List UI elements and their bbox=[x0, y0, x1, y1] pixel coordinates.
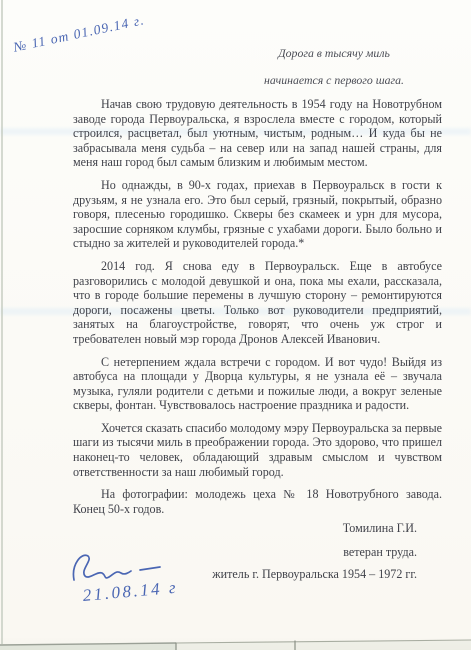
epigraph-line-2: начинается с первого шага. bbox=[227, 67, 441, 94]
page-bottom-edge bbox=[0, 636, 471, 650]
epigraph: Дорога в тысячу миль начинается с первог… bbox=[227, 40, 441, 94]
letter-body: Начав свою трудовую деятельность в 1954 … bbox=[73, 97, 442, 524]
photo-caption: На фотографии: молодежь цеха № 18 Новотр… bbox=[73, 487, 442, 516]
author-name: Томилина Г.И. bbox=[343, 521, 417, 536]
paragraph: Но однажды, в 90-х годах, приехав в Перв… bbox=[73, 178, 442, 251]
epigraph-line-1: Дорога в тысячу миль bbox=[227, 40, 441, 67]
paragraph: С нетерпением ждала встречи с городом. И… bbox=[73, 355, 442, 413]
scanned-letter-page: № 11 от 01.09.14 г. Дорога в тысячу миль… bbox=[0, 0, 471, 650]
paragraph: Хочется сказать спасибо молодому мэру Пе… bbox=[73, 421, 442, 479]
page-left-edge bbox=[1, 0, 3, 644]
paragraph: 2014 год. Я снова еду в Первоуральск. Ещ… bbox=[73, 259, 442, 347]
author-status: ветеран труда. bbox=[343, 545, 417, 560]
handwritten-registration-note: № 11 от 01.09.14 г. bbox=[12, 0, 211, 56]
author-residence: житель г. Первоуральска 1954 – 1972 гг. bbox=[212, 567, 417, 582]
paragraph: Начав свою трудовую деятельность в 1954 … bbox=[73, 97, 442, 170]
